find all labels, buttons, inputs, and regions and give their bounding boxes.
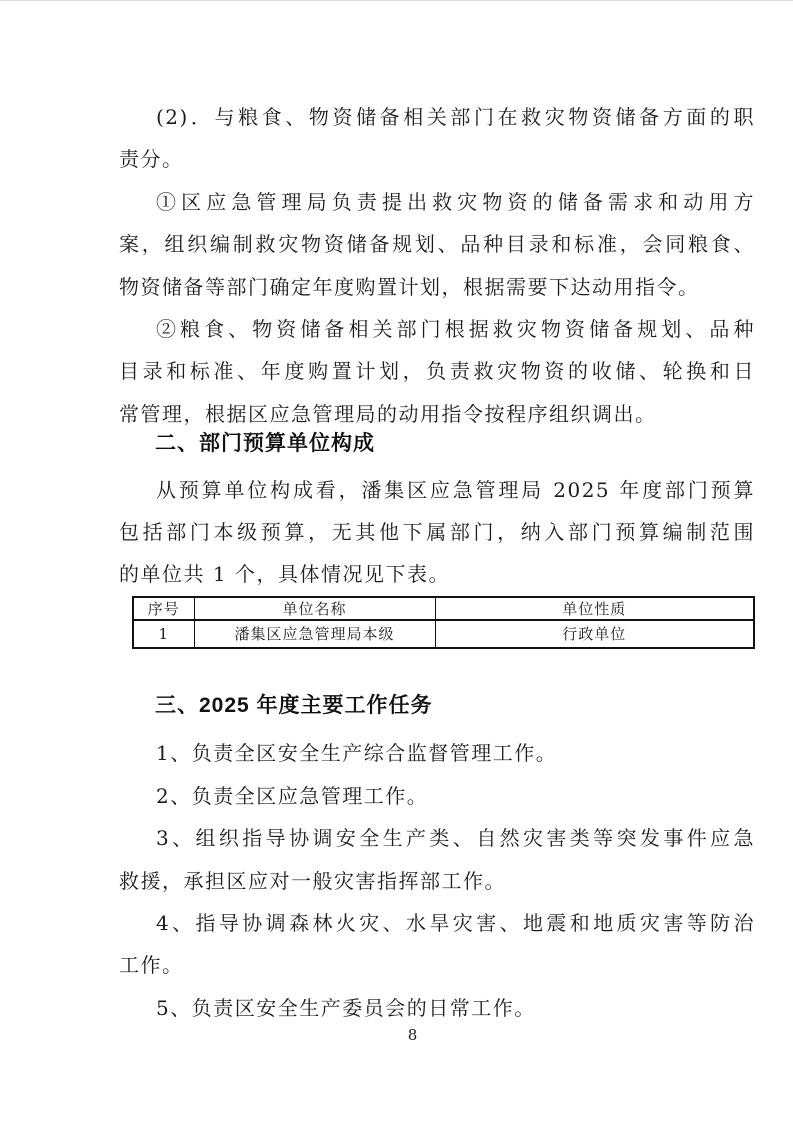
cell-serial: 1 [133,620,194,648]
column-header-unit-type: 单位性质 [435,597,754,620]
text-line: 包括部门本级预算，无其他下属部门，纳入部门预算编制范围 [119,511,755,553]
column-header-unit-name: 单位名称 [194,597,435,620]
text-line: 案，组织编制救灾物资储备规划、品种目录和标准，会同粮食、 [119,223,755,265]
text-line: 从预算单位构成看，潘集区应急管理局 2025 年度部门预算 [119,469,755,511]
paragraph-bureau-duty: ①区应急管理局负责提出救灾物资的储备需求和动用方 案，组织编制救灾物资储备规划、… [119,181,755,308]
text-line: (2)．与粮食、物资储备相关部门在救灾物资储备方面的职 [119,96,755,138]
task-item-4: 4、指导协调森林火灾、水旱灾害、地震和地质灾害等防治 [119,902,755,944]
cell-unit-name: 潘集区应急管理局本级 [194,620,435,648]
text-line: 的单位共 1 个，具体情况见下表。 [119,553,755,595]
budget-units-table: 序号 单位名称 单位性质 1 潘集区应急管理局本级 行政单位 [132,596,755,649]
task-item-3-continued: 救援，承担区应对一般灾害指挥部工作。 [119,860,755,902]
text-line: 物资储备等部门确定年度购置计划，根据需要下达动用指令。 [119,266,755,308]
text-line: 目录和标准、年度购置计划，负责救灾物资的收储、轮换和日 [119,350,755,392]
table-row: 1 潘集区应急管理局本级 行政单位 [133,620,754,648]
section-heading-tasks: 三、2025 年度主要工作任务 [119,685,755,727]
text-line: ①区应急管理局负责提出救灾物资的储备需求和动用方 [119,181,755,223]
task-item-1: 1、负责全区安全生产综合监督管理工作。 [119,732,755,774]
task-item-3: 3、组织指导协调安全生产类、自然灾害类等突发事件应急 [119,817,755,859]
table-header-row: 序号 单位名称 单位性质 [133,597,754,620]
task-list: 1、负责全区安全生产综合监督管理工作。 2、负责全区应急管理工作。 3、组织指导… [119,732,755,1029]
column-header-serial: 序号 [133,597,194,620]
task-item-4-continued: 工作。 [119,944,755,986]
paragraph-budget-composition: 从预算单位构成看，潘集区应急管理局 2025 年度部门预算 包括部门本级预算，无… [119,469,755,596]
paragraph-duty-split: (2)．与粮食、物资储备相关部门在救灾物资储备方面的职 责分。 [119,96,755,181]
text-line: 责分。 [119,138,755,180]
page-number: 8 [0,1027,793,1043]
cell-unit-type: 行政单位 [435,620,754,648]
text-line: ②粮食、物资储备相关部门根据救灾物资储备规划、品种 [119,308,755,350]
document-body: (2)．与粮食、物资储备相关部门在救灾物资储备方面的职 责分。 ①区应急管理局负… [0,1,793,1029]
paragraph-grain-duty: ②粮食、物资储备相关部门根据救灾物资储备规划、品种 目录和标准、年度购置计划，负… [119,308,755,435]
task-item-2: 2、负责全区应急管理工作。 [119,775,755,817]
task-item-5: 5、负责区安全生产委员会的日常工作。 [119,987,755,1029]
document-page: (2)．与粮食、物资储备相关部门在救灾物资储备方面的职 责分。 ①区应急管理局负… [0,0,793,1123]
